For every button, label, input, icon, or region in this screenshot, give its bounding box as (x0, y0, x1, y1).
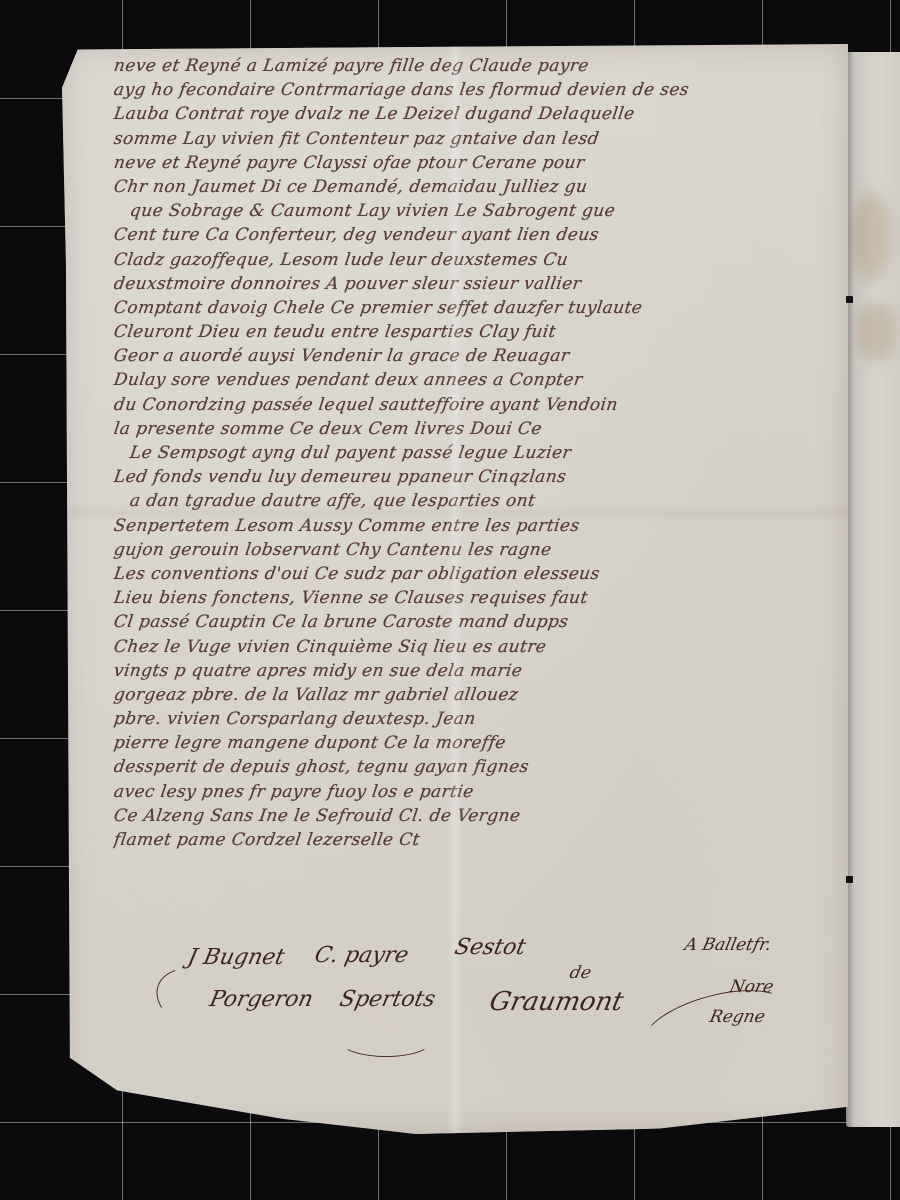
signature: A Balletfr. (683, 935, 773, 955)
text-line: Led fonds vendu luy demeureu ppaneur Cin… (112, 465, 835, 489)
text-line: a dan tgradue dautre affe, que lespartie… (112, 489, 835, 513)
text-line: Geor a auordé auysi Vendenir la grace de… (112, 344, 835, 368)
text-line: Lieu biens fonctens, Vienne se Clauses r… (112, 586, 835, 610)
text-line: Cent ture Ca Conferteur, deg vendeur aya… (112, 223, 835, 247)
text-line: Cleuront Dieu en teudu entre lesparties … (112, 320, 835, 344)
water-stain (850, 192, 890, 282)
text-line: Chez le Vuge vivien Cinquième Siq lieu e… (112, 635, 835, 659)
text-line: vingts p quatre apres midy en sue dela m… (112, 659, 835, 683)
text-line: somme Lay vivien fit Contenteur paz gnta… (112, 127, 835, 151)
signature: Sestot (452, 935, 528, 960)
text-line: flamet pame Cordzel lezerselle Ct (112, 828, 835, 852)
text-line: que Sobrage & Caumont Lay vivien Le Sabr… (112, 199, 835, 223)
text-line: du Conordzing passée lequel sautteffoire… (112, 393, 835, 417)
signature-flourish (635, 976, 798, 1075)
text-line: Ce Alzeng Sans Ine le Sefrouid Cl. de Ve… (112, 804, 835, 828)
adjacent-page-edge (846, 52, 900, 1127)
text-line: Dulay sore vendues pendant deux annees a… (112, 368, 835, 392)
text-line: deuxstmoire donnoires A pouver sleur ssi… (112, 272, 835, 296)
text-line: Le Sempsogt ayng dul payent passé legue … (112, 441, 835, 465)
manuscript-text: neve et Reyné a Lamizé payre fille deg C… (114, 54, 834, 852)
text-line: pierre legre mangene dupont Ce la moreff… (112, 731, 835, 755)
text-line: dessperit de depuis ghost, tegnu gayan f… (112, 755, 835, 779)
binding-hole (846, 296, 853, 303)
text-line: Cladz gazoffeque, Lesom lude leur deuxst… (112, 248, 835, 272)
text-line: Cl passé Cauptin Ce la brune Caroste man… (112, 610, 835, 634)
text-line: Chr non Jaumet Di ce Demandé, demaidau J… (112, 175, 835, 199)
signature: de (568, 963, 593, 983)
signature: Spertots (337, 987, 437, 1012)
text-line: Lauba Contrat roye dvalz ne Le Deizel du… (112, 102, 835, 126)
signature: Graumont (487, 987, 626, 1017)
text-line: neve et Reyné payre Clayssi ofae ptour C… (112, 151, 835, 175)
text-line: ayg ho fecondaire Contrmariage dans les … (112, 78, 835, 102)
text-line: gujon gerouin lobservant Chy Cantenu les… (112, 538, 835, 562)
text-line: Les conventions d'oui Ce sudz par obliga… (112, 562, 835, 586)
water-stain (856, 302, 896, 362)
text-line: pbre. vivien Corsparlang deuxtesp. Jean (112, 707, 835, 731)
text-line: avec lesy pnes fr payre fuoy los e parti… (112, 780, 835, 804)
signature-block: J Bugnet C. payre Sestot A Balletfr. Por… (110, 895, 790, 1065)
signature: J Bugnet (185, 945, 287, 970)
text-line: la presente somme Ce deux Cem livres Dou… (112, 417, 835, 441)
binding-hole (846, 876, 853, 883)
text-line: Comptant davoig Chele Ce premier seffet … (112, 296, 835, 320)
text-line: gorgeaz pbre. de la Vallaz mr gabriel al… (112, 683, 835, 707)
signature-flourish (340, 1025, 432, 1057)
signature: C. payre (312, 943, 411, 968)
text-line: Senpertetem Lesom Aussy Comme entre les … (112, 514, 835, 538)
text-line: neve et Reyné a Lamizé payre fille deg C… (112, 54, 835, 78)
